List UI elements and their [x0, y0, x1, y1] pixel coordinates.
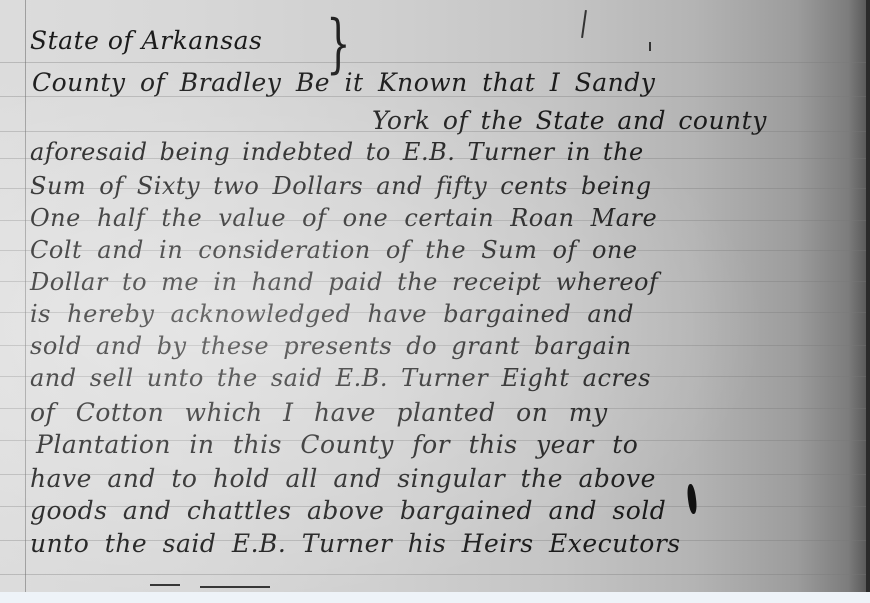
- margin-line: [25, 0, 26, 592]
- text-line-7: Colt and in consideration of the Sum of …: [30, 238, 638, 262]
- heading-brace: }: [326, 12, 350, 76]
- viewer-bottom-strip: [0, 592, 870, 603]
- scanned-document-page: } State of Arkansas County of Bradley Be…: [0, 0, 866, 592]
- ruled-line: [0, 62, 866, 63]
- text-line-12: of Cotton which I have planted on my: [30, 400, 608, 425]
- text-line-10: sold and by these presents do grant barg…: [30, 334, 632, 358]
- ruled-line: [0, 574, 866, 575]
- stray-pen-mark: [649, 42, 651, 51]
- page-right-border: [866, 0, 870, 592]
- text-line-9: is hereby acknowledged have bargained an…: [30, 302, 634, 326]
- heading-state: State of Arkansas: [30, 28, 262, 53]
- text-line-3: York of the State and county: [372, 108, 767, 133]
- cutoff-ink-stroke: [200, 586, 270, 588]
- text-line-6: One half the value of one certain Roan M…: [30, 206, 657, 230]
- text-line-4: aforesaid being indebted to E.B. Turner …: [30, 140, 644, 164]
- text-line-16: unto the said E.B. Turner his Heirs Exec…: [30, 531, 681, 556]
- heading-county-and-opening: County of Bradley Be it Known that I San…: [32, 70, 655, 95]
- text-line-13: Plantation in this County for this year …: [36, 432, 638, 457]
- ink-blot: [686, 484, 698, 515]
- text-line-5: Sum of Sixty two Dollars and fifty cents…: [30, 174, 652, 198]
- cutoff-ink-stroke: [150, 584, 180, 586]
- document-viewer: } State of Arkansas County of Bradley Be…: [0, 0, 870, 603]
- text-line-15: goods and chattles above bargained and s…: [30, 498, 666, 523]
- text-line-8: Dollar to me in hand paid the receipt wh…: [30, 270, 658, 294]
- text-line-14: have and to hold all and singular the ab…: [30, 466, 656, 491]
- stray-pen-mark: [581, 10, 587, 38]
- text-line-11: and sell unto the said E.B. Turner Eight…: [30, 366, 651, 390]
